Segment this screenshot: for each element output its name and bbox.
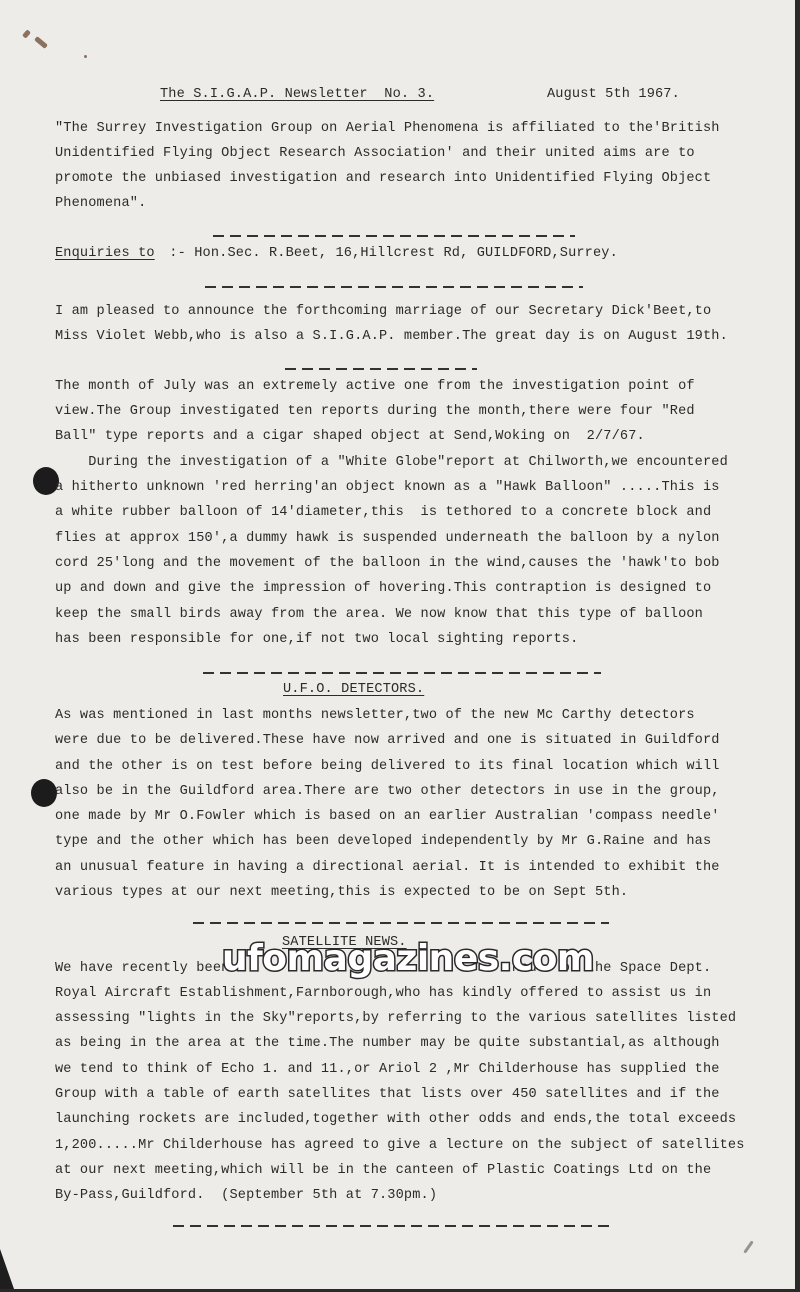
detectors-line: were due to be delivered.These have now …	[55, 733, 720, 749]
report-line: During the investigation of a "White Glo…	[55, 455, 728, 471]
newsletter-title: The S.I.G.A.P. Newsletter No. 3.	[160, 87, 434, 103]
report-line: flies at approx 150',a dummy hawk is sus…	[55, 531, 720, 547]
section-heading-detectors: U.F.O. DETECTORS.	[283, 682, 424, 698]
report-line: cord 25'long and the movement of the bal…	[55, 556, 720, 572]
satellite-line: we tend to think of Echo 1. and 11.,or A…	[55, 1062, 720, 1078]
page-edge-shadow	[0, 1249, 14, 1289]
satellite-line: launching rockets are included,together …	[55, 1112, 736, 1128]
separator	[203, 672, 601, 674]
report-line: Ball" type reports and a cigar shaped ob…	[55, 429, 645, 445]
separator	[193, 922, 609, 924]
announcement-line: I am pleased to announce the forthcoming…	[55, 304, 711, 320]
intro-line: Phenomena".	[55, 196, 146, 212]
intro-line: Unidentified Flying Object Research Asso…	[55, 146, 695, 162]
separator	[205, 286, 583, 288]
intro-line: "The Surrey Investigation Group on Aeria…	[55, 121, 720, 137]
separator	[285, 368, 477, 370]
satellite-line: as being in the area at the time.The num…	[55, 1036, 720, 1052]
satellite-line: Group with a table of earth satellites t…	[55, 1087, 720, 1103]
report-line: up and down and give the impression of h…	[55, 581, 711, 597]
detectors-line: and the other is on test before being de…	[55, 759, 720, 775]
satellite-line: Royal Aircraft Establishment,Farnborough…	[55, 986, 711, 1002]
announcement-line: Miss Violet Webb,who is also a S.I.G.A.P…	[55, 329, 728, 345]
detectors-line: As was mentioned in last months newslett…	[55, 708, 695, 724]
newsletter-date: August 5th 1967.	[547, 87, 680, 103]
detectors-line: various types at our next meeting,this i…	[55, 885, 628, 901]
satellite-line: 1,200.....Mr Childerhouse has agreed to …	[55, 1138, 745, 1154]
pencil-mark	[743, 1240, 753, 1253]
separator	[213, 235, 575, 237]
report-line: The month of July was an extremely activ…	[55, 379, 695, 395]
ink-stain	[84, 55, 87, 58]
satellite-line: By-Pass,Guildford. (September 5th at 7.3…	[55, 1188, 437, 1204]
satellite-line: assessing "lights in the Sky"reports,by …	[55, 1011, 736, 1027]
newsletter-page: The S.I.G.A.P. Newsletter No. 3. August …	[0, 0, 795, 1289]
detectors-line: an unusual feature in having a direction…	[55, 860, 720, 876]
satellite-line: at our next meeting,which will be in the…	[55, 1163, 711, 1179]
report-line: a hitherto unknown 'red herring'an objec…	[55, 480, 720, 496]
detectors-line: also be in the Guildford area.There are …	[55, 784, 720, 800]
report-line: a white rubber balloon of 14'diameter,th…	[55, 505, 711, 521]
punch-hole	[31, 779, 57, 807]
detectors-line: type and the other which has been develo…	[55, 834, 711, 850]
report-line: keep the small birds away from the area.…	[55, 607, 703, 623]
ink-stain	[34, 36, 48, 49]
enquiries-address: :- Hon.Sec. R.Beet, 16,Hillcrest Rd, GUI…	[161, 246, 618, 262]
report-line: view.The Group investigated ten reports …	[55, 404, 695, 420]
separator	[173, 1225, 609, 1227]
intro-line: promote the unbiased investigation and r…	[55, 171, 711, 187]
enquiries-label: Enquiries to	[55, 246, 155, 262]
detectors-line: one made by Mr O.Fowler which is based o…	[55, 809, 720, 825]
ink-stain	[22, 29, 31, 38]
report-line: has been responsible for one,if not two …	[55, 632, 578, 648]
watermark-text: ufomagazines.com	[222, 939, 594, 979]
